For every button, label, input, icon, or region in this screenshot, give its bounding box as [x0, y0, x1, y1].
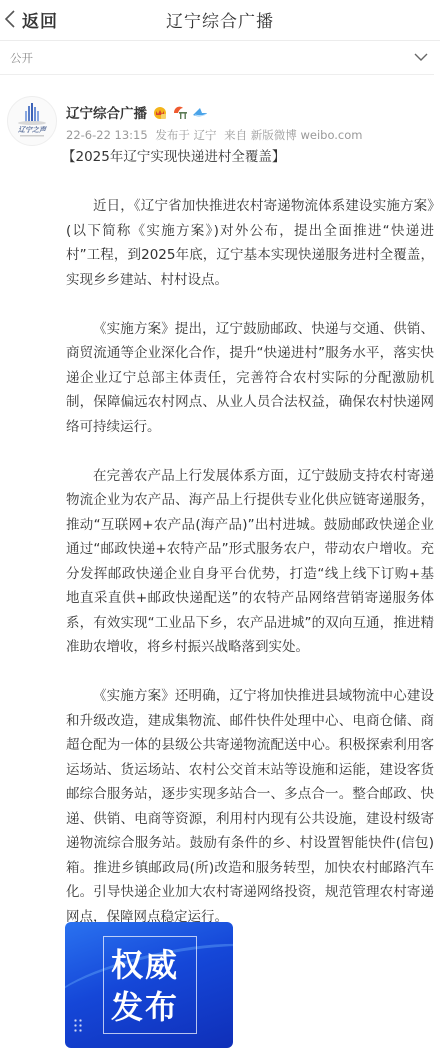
blue-boat-badge-icon [192, 104, 208, 120]
spacer [66, 439, 434, 464]
post-meta: 22-6-22 13:15 发布于 辽宁 来自 新版微博 weibo.com [66, 127, 367, 143]
svg-text:辽宁之声: 辽宁之声 [18, 125, 48, 134]
spacer [66, 660, 434, 685]
post-headline: 【2025年辽宁实现快递进村全覆盖】 [62, 145, 434, 170]
torii-badge-icon [172, 104, 188, 120]
decorative-dots [73, 1018, 83, 1032]
spacer [66, 170, 434, 195]
post-content: 【2025年辽宁实现快递进村全覆盖】 近日，《辽宁省加快推进农村寄递物流体系建设… [66, 145, 434, 929]
post-source: 来自 新版微博 weibo.com [224, 128, 362, 142]
image-text-line1: 权威 [111, 940, 179, 986]
author-avatar[interactable]: 辽宁之声 [7, 96, 57, 146]
visibility-selector[interactable]: 公开 [0, 40, 440, 74]
top-navigation-bar: 返回 辽宁综合广播 [0, 0, 440, 41]
visibility-value: 公开 [10, 50, 33, 66]
post-paragraph: 近日，《辽宁省加快推进农村寄递物流体系建设实施方案》(以下简称《实施方案》)对外… [66, 194, 434, 292]
post-timestamp[interactable]: 22-6-22 13:15 [66, 128, 148, 142]
post-paragraph: 《实施方案》提出，辽宁鼓励邮政、快递与交通、供销、商贸流通等企业深化合作，提升“… [66, 317, 434, 440]
spacer [66, 292, 434, 317]
page-title: 辽宁综合广播 [0, 7, 440, 32]
image-text-line2: 发布 [111, 982, 179, 1028]
chevron-down-icon [414, 53, 428, 61]
author-name[interactable]: 辽宁综合广播 [66, 102, 147, 122]
post-paragraph: 《实施方案》还明确，辽宁将加快推进县域物流中心建设和升级改造，建成集物流、邮件快… [66, 684, 434, 929]
post-image-authoritative-release[interactable]: 权威 发布 [65, 922, 233, 1048]
post-paragraph: 在完善农产品上行发展体系方面，辽宁鼓励支持农村寄递物流企业为农产品、海产品上行提… [66, 464, 434, 660]
post-location: 发布于 辽宁 [155, 128, 216, 142]
author-row: 辽宁综合广播 [66, 102, 212, 122]
divider [0, 74, 434, 75]
liaoning-voice-logo-icon: 辽宁之声 [8, 97, 56, 145]
crown-badge-icon [152, 104, 168, 120]
